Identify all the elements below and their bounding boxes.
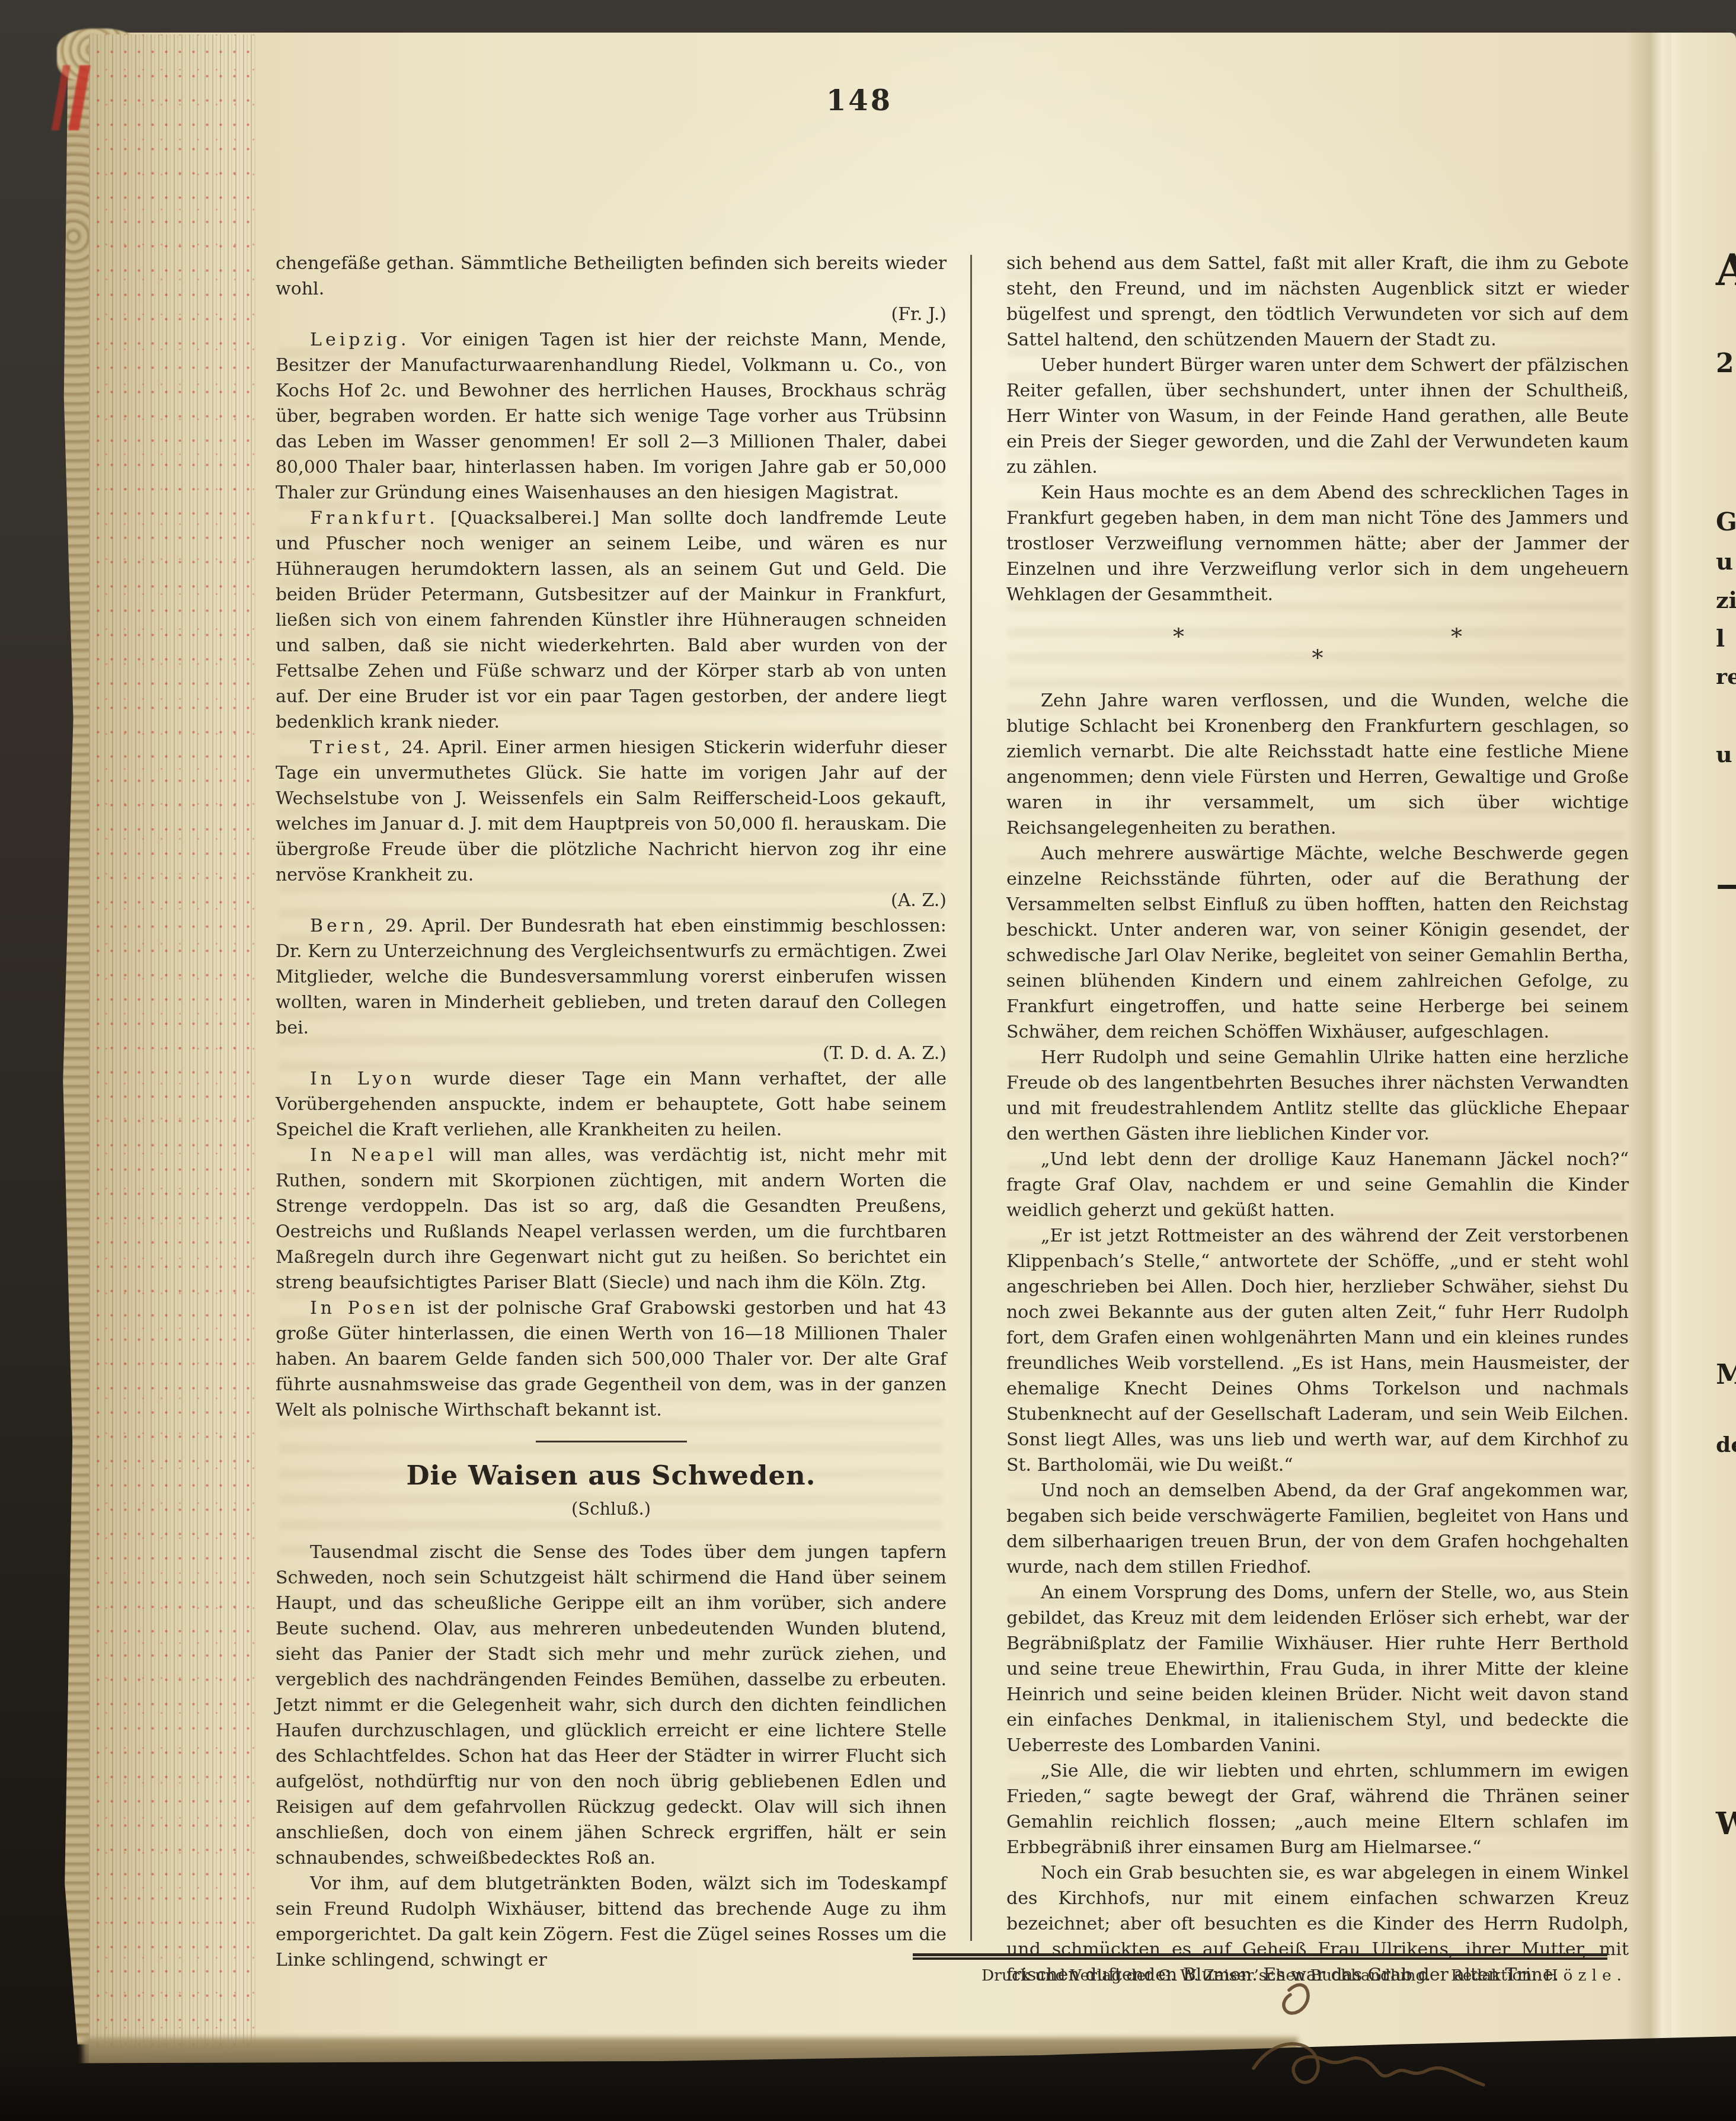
ink-signature [1218, 1969, 1514, 2111]
page-edge-text-fragment: re [1716, 666, 1736, 687]
page-edge-text-fragment: M [1716, 1361, 1736, 1388]
scanned-newspaper-photo: 148 chengefäße gethan. Sämmtliche Bethei… [0, 0, 1736, 2121]
page-edge-text-fragment: 2 [1716, 351, 1734, 377]
page-edge-text-fragment: W [1716, 1809, 1736, 1840]
page-edge-text-fragment: zi [1716, 589, 1736, 612]
page-edge-text-fragment: — [1716, 866, 1736, 902]
adjacent-page-edge-text: A2Guzilreu—MdeW [0, 0, 1736, 2121]
page-edge-text-fragment: de [1716, 1434, 1736, 1455]
page-edge-text-fragment: G [1716, 510, 1736, 535]
page-edge-text-fragment: l [1716, 627, 1725, 651]
page-edge-text-fragment: u [1716, 550, 1733, 574]
page-edge-text-fragment: A [1716, 249, 1736, 292]
page-edge-text-fragment: u [1716, 743, 1732, 766]
